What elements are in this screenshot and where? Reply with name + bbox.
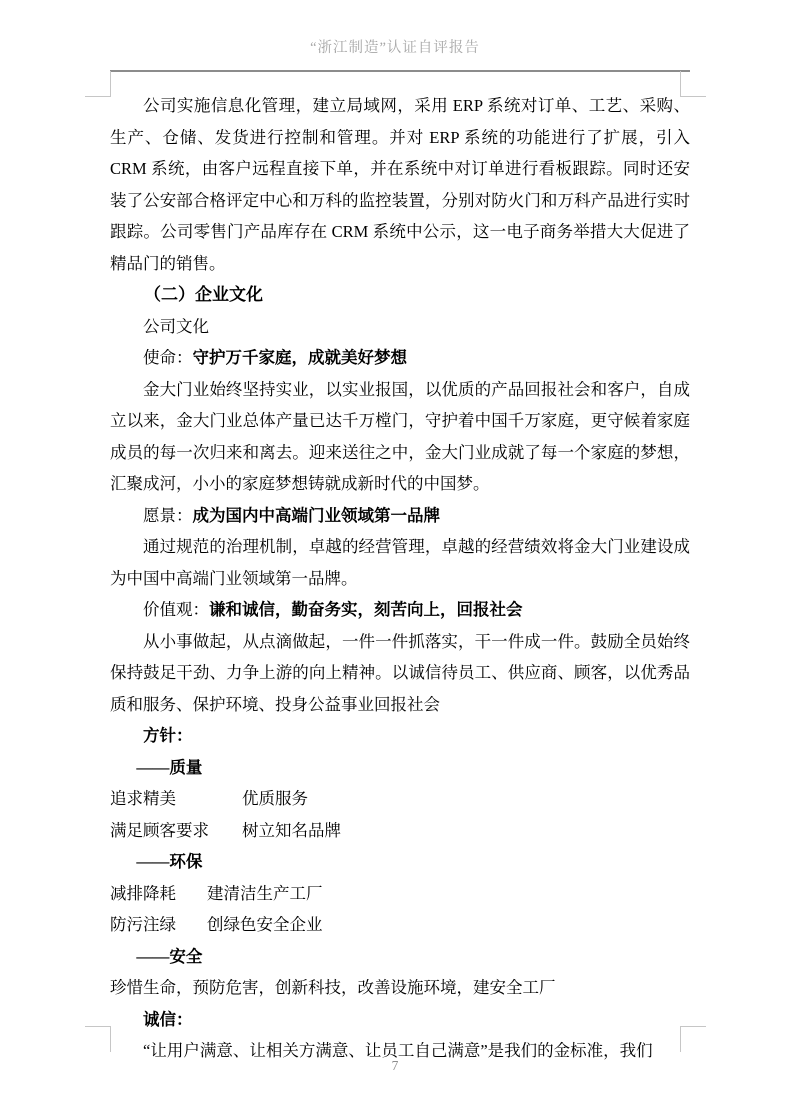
policy-env-row-1: 减排降耗 建清洁生产工厂 [110,878,690,910]
header-rule [110,70,690,72]
policy-env-item-left: 减排降耗 [110,878,207,910]
policy-quality-item-right: 优质服务 [242,783,308,815]
policy-quality-item-right: 树立知名品牌 [242,815,341,847]
policy-env-heading: ——环保 [110,846,690,878]
policy-env-item-right: 建清洁生产工厂 [207,878,323,910]
policy-quality-item-left: 满足顾客要求 [110,815,242,847]
policy-env-item-right: 创绿色安全企业 [207,909,323,941]
values-statement: 谦和诚信，勤奋务实，刻苦向上，回报社会 [209,600,523,619]
integrity-label: 诚信： [110,1004,690,1036]
paragraph-mission: 金大门业始终坚持实业，以实业报国，以优质的产品回报社会和客户，自成立以来，金大门… [110,374,690,500]
crop-mark-bottom-left [85,1026,111,1052]
policy-quality-row-1: 追求精美 优质服务 [110,783,690,815]
mission-label: 使命： [143,348,193,367]
policy-safety-heading: ——安全 [110,941,690,973]
document-page: “浙江制造”认证自评报告 公司实施信息化管理，建立局域网，采用 ERP 系统对订… [0,0,790,1120]
document-body: 公司实施信息化管理，建立局域网，采用 ERP 系统对订单、工艺、采购、生产、仓储… [110,90,690,1067]
policy-label: 方针： [110,720,690,752]
crop-mark-top-left [85,71,111,97]
values-label: 价值观： [143,600,209,619]
policy-quality-row-2: 满足顾客要求 树立知名品牌 [110,815,690,847]
page-number: 7 [0,1058,790,1074]
subsection-company-culture: 公司文化 [110,311,690,343]
policy-quality-item-left: 追求精美 [110,783,242,815]
vision-label: 愿景： [143,506,193,525]
policy-quality-heading: ——质量 [110,752,690,784]
header-title: “浙江制造”认证自评报告 [0,36,790,57]
mission-statement: 守护万千家庭，成就美好梦想 [193,348,408,367]
policy-env-row-2: 防污注绿 创绿色安全企业 [110,909,690,941]
mission-line: 使命：守护万千家庭，成就美好梦想 [110,342,690,374]
paragraph-values: 从小事做起，从点滴做起，一件一件抓落实，干一件成一件。鼓励全员始终保持鼓足干劲、… [110,626,690,721]
paragraph-vision: 通过规范的治理机制，卓越的经营管理，卓越的经营绩效将金大门业建设成为中国中高端门… [110,531,690,594]
section-heading-corporate-culture: （二）企业文化 [110,279,690,311]
paragraph-informatization: 公司实施信息化管理，建立局域网，采用 ERP 系统对订单、工艺、采购、生产、仓储… [110,90,690,279]
policy-env-item-left: 防污注绿 [110,909,207,941]
values-line: 价值观：谦和诚信，勤奋务实，刻苦向上，回报社会 [110,594,690,626]
policy-safety-line: 珍惜生命，预防危害，创新科技，改善设施环境，建安全工厂 [110,972,690,1004]
vision-line: 愿景：成为国内中高端门业领域第一品牌 [110,500,690,532]
vision-statement: 成为国内中高端门业领域第一品牌 [193,506,441,525]
